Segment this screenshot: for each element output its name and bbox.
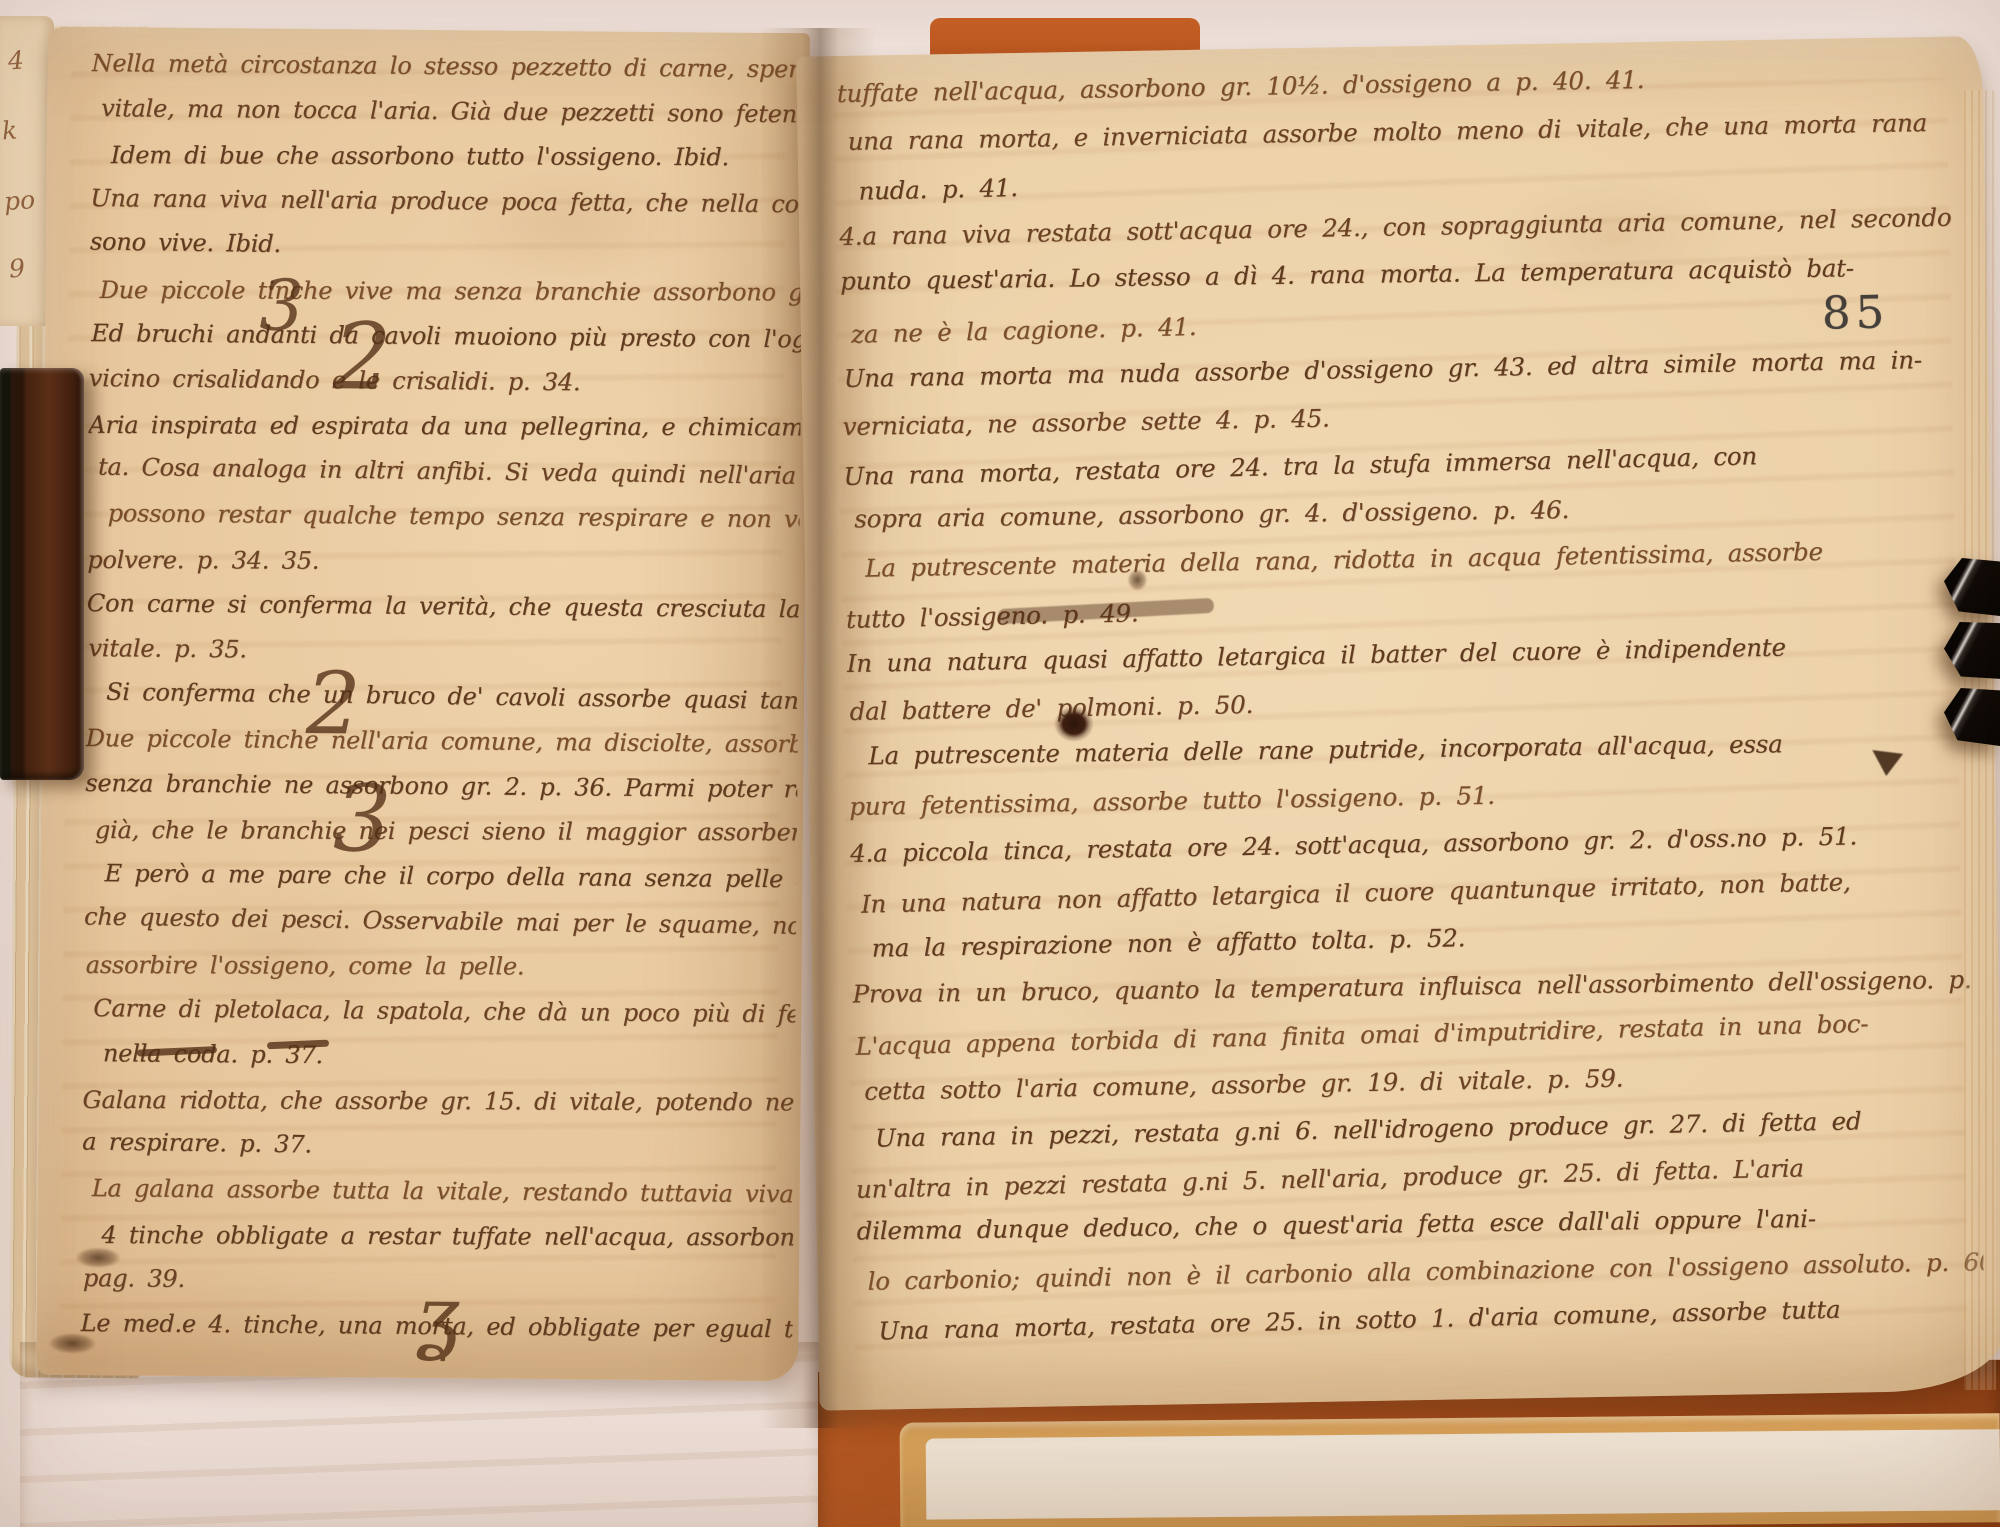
manuscript-line: che questo dei pesci. Osservabile mai pe…: [84, 894, 797, 948]
ink-smudge: [48, 1333, 96, 1354]
manuscript-line: vicino crisalidando e le crisalidi. p. 3…: [89, 356, 801, 407]
tissue-endpaper: [926, 1429, 2000, 1519]
black-clip: [1944, 558, 2000, 754]
edge-writing-fragment: 9: [8, 253, 26, 283]
manuscript-line: 4 tinche obbligate a restar tuffate nell…: [101, 1213, 793, 1260]
manuscript-line: E però a me pare che il corpo della rana…: [104, 851, 796, 902]
ink-mark-triangle: [1869, 750, 1903, 778]
manuscript-line: Due piccole tinche vive ma senza branchi…: [100, 268, 802, 315]
manuscript-line: vitale. p. 35.: [88, 626, 798, 677]
manuscript-photo: 4 k po 9 Nella metà circostanza lo stess…: [0, 0, 2000, 1527]
clip-tooth: [1944, 622, 2000, 680]
manuscript-line: già, che le branchie nei pesci sieno il …: [95, 808, 797, 855]
manuscript-line: ta. Cosa analoga in altri anfibi. Si ved…: [98, 445, 801, 499]
page-number-stamp: 85: [1822, 285, 1890, 339]
manuscript-line: La galana assorbe tutta la vitale, resta…: [92, 1166, 794, 1217]
manuscript-line: Ed bruchi andanti da cavoli muoiono più …: [91, 311, 801, 362]
leather-strap: [0, 368, 84, 780]
clip-tooth: [1944, 558, 2000, 616]
edge-writing-fragment: po: [3, 185, 36, 216]
manuscript-line: vitale, ma non tocca l'aria. Già due pez…: [101, 86, 803, 137]
manuscript-line: Una rana viva nell'aria produce poca fet…: [90, 176, 802, 227]
manuscript-line: sono vive. Ibid.: [90, 220, 803, 274]
manuscript-line: Le med.e 4. tinche, una morta, ed obblig…: [80, 1301, 792, 1352]
left-page-text: Nella metà circostanza lo stesso pezzett…: [80, 41, 803, 1367]
manuscript-line: nella coda. p. 37.: [103, 1031, 795, 1082]
manuscript-line: senza branchie ne assorbono gr. 2. p. 36…: [85, 761, 797, 812]
manuscript-line: Carne di pletolaca, la spatola, che dà u…: [93, 986, 795, 1037]
under-page-bottom-right: [900, 1413, 2000, 1527]
manuscript-line: Con carne si conferma la verità, che que…: [87, 581, 799, 632]
ink-smudge: [75, 1247, 121, 1268]
manuscript-line: Si conferma che un bruco de' cavoli asso…: [106, 670, 799, 724]
right-page: tuffate nell'acqua, assorbono gr. 10½. d…: [796, 36, 2000, 1410]
manuscript-line: Galana ridotta, che assorbe gr. 15. di v…: [82, 1078, 794, 1125]
manuscript-line: possono restar qualche tempo senza respi…: [107, 491, 799, 542]
manuscript-line: a respirare. p. 37.: [82, 1119, 795, 1173]
manuscript-line: assorbire l'ossigeno, come la pelle.: [86, 943, 796, 990]
manuscript-line: Idem di bue che assorbono tutto l'ossige…: [111, 133, 803, 180]
manuscript-line: Nella metà circostanza lo stesso pezzett…: [91, 41, 803, 92]
ink-smudge: [1127, 569, 1147, 591]
edge-writing-fragment: 4: [7, 45, 25, 75]
manuscript-line: pag. 39.: [83, 1256, 793, 1307]
manuscript-line: Aria inspirata ed espirata da una pelleg…: [88, 403, 800, 450]
edge-writing-fragment: k: [1, 116, 18, 146]
clip-tooth: [1944, 688, 2000, 746]
manuscript-line: polvere. p. 34. 35.: [87, 538, 799, 585]
right-page-text: tuffate nell'acqua, assorbono gr. 10½. d…: [836, 50, 1985, 1399]
manuscript-line: Due piccole tinche nell'aria comune, ma …: [85, 716, 797, 767]
left-page: Nella metà circostanza lo stesso pezzett…: [36, 27, 810, 1382]
